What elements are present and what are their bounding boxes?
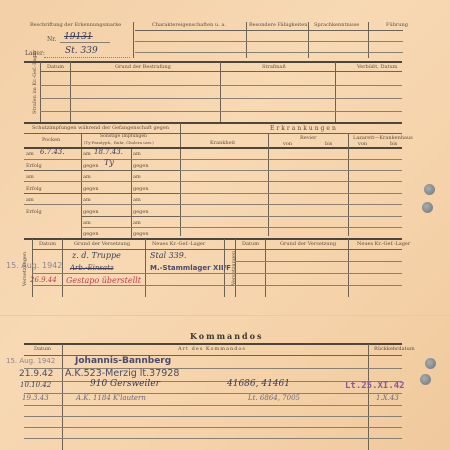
punch-hole-3	[425, 358, 436, 369]
transfer-2-reason: Gestapo überstellt	[66, 276, 141, 285]
col-kommando-type: Art des Kommandos	[178, 346, 246, 352]
col-abilities: Besondere Fähigkeiten	[249, 22, 307, 28]
col-conduct: Führung	[386, 22, 408, 28]
col-other-vacc: Sonstige Impfungen	[100, 134, 147, 139]
kommando-1-type: A.K.523-Merzig lt.37928	[65, 368, 179, 379]
col-pocken: Pocken	[42, 137, 60, 143]
kommando-3-numbers: Lt. 6864, 7005	[248, 394, 300, 402]
kommando-1-return: Lt.25.XI.42	[345, 381, 405, 391]
lazarett-bis: bis	[390, 141, 397, 147]
vacc-r4-c3-label: am	[133, 197, 141, 203]
col-transfer-camp: Neues Kr.-Gef.-Lager	[152, 241, 205, 247]
vacc-r4-c2-label: am	[83, 197, 91, 203]
transfer-2-date: 26.9.44	[30, 276, 57, 284]
vacc-r2-c2-label: am	[83, 174, 91, 180]
transfer-0-camp: Stal 339.	[150, 251, 186, 260]
kommando-3-date: 19.3.43	[22, 394, 49, 402]
punch-hole-4	[420, 374, 431, 385]
kommando-0-type: Johannis-Bannberg	[75, 356, 171, 366]
vacc-r1-c3-label: gegen	[133, 163, 149, 169]
vacc-r3-c2-label: gegen	[83, 186, 99, 192]
col-transfer-date: Datum	[39, 241, 56, 247]
vacc-r1-c2-value: Ty	[104, 158, 114, 167]
transfer-0-date: 15. Aug. 1942	[6, 261, 62, 270]
vacc-r1-c1-label: Erfolg	[26, 163, 42, 169]
vacc-r3-c1-label: Erfolg	[26, 186, 42, 192]
punishments-side-label: Strafen im Kr.-Gef.-Lager	[32, 64, 38, 114]
col-languages: Sprachkenntnisse	[314, 22, 359, 28]
nr-value: 19131	[64, 32, 93, 42]
revier-bis: bis	[325, 141, 332, 147]
nr-label: Nr.	[47, 36, 56, 43]
revier-von: von	[283, 141, 292, 147]
punch-hole-2	[422, 202, 433, 213]
vacc-r2-c3-label: am	[133, 174, 141, 180]
punch-hole-1	[424, 184, 435, 195]
kommando-0-date: 15. Aug. 1942	[6, 357, 55, 365]
col-transfer-date-2: Datum	[242, 241, 259, 247]
vacc-r5-c1-label: Erfolg	[26, 209, 42, 215]
vacc-r7-c3-label: gegen	[133, 231, 149, 237]
vacc-r1-c2-label: gegen	[83, 163, 99, 169]
kommando-1-date: 21.9.42	[19, 369, 53, 379]
vacc-r0-c3-label: am	[133, 151, 141, 157]
transfer-1-reason: Arb.-Einsatz	[70, 264, 114, 272]
vacc-r0-c1-label: am	[26, 151, 34, 157]
vacc-r4-c1-label: am	[26, 197, 34, 203]
col-transfer-reason: Grund der Versetzung	[74, 241, 130, 247]
vacc-r5-c3-label: gegen	[133, 209, 149, 215]
id-tag-label: Beschriftung der Erkennungsmarke	[30, 22, 121, 28]
illness-title: Erkrankungen	[270, 125, 338, 132]
kommando-1-numbers: 41686, 41461	[227, 379, 290, 389]
kommandos-title: Kommandos	[190, 331, 263, 341]
kommando-3-type: A.K. 1184 K'lautern	[76, 394, 146, 402]
transfer-1-camp: M.-Stammlager XII/F	[150, 264, 231, 272]
lager-value: St. 339	[65, 46, 98, 56]
fold-line	[0, 315, 450, 316]
kommando-2-date: 10.10.42	[20, 381, 51, 389]
col-kommando-return: Rückkehrdatum	[374, 346, 415, 352]
col-transfer-camp-2: Neues Kr.-Gef.-Lager	[357, 241, 410, 247]
vacc-r6-c2-label: am	[83, 220, 91, 226]
kommando-2-type: 910 Gersweiler	[90, 379, 160, 389]
vacc-r5-c2-label: gegen	[83, 209, 99, 215]
kommando-3-return: 1.X.43	[376, 394, 399, 402]
col-kommando-date: Datum	[34, 346, 51, 352]
vacc-r2-c1-label: am	[26, 174, 34, 180]
col-illness: Krankheit	[210, 140, 235, 146]
transfer-0-reason: z. d. Truppe	[72, 251, 121, 260]
vacc-r6-c3-label: am	[133, 220, 141, 226]
col-character: Charaktereigenschaften u. a.	[152, 22, 226, 28]
col-punish-measure: Strafmaß	[262, 64, 286, 70]
col-punish-reason: Grund der Bestrafung	[115, 64, 171, 70]
vacc-title: Schutzimpfungen während der Gefangenscha…	[32, 125, 169, 131]
vacc-r7-c2-label: gegen	[83, 231, 99, 237]
vacc-r0-c2-label: am	[83, 151, 91, 157]
col-punish-date: Datum	[47, 64, 64, 70]
col-revier: Revier	[300, 135, 317, 141]
vacc-r3-c3-label: gegen	[133, 186, 149, 192]
col-transfer-reason-2: Grund der Versetzung	[280, 241, 336, 247]
lazarett-von: von	[358, 141, 367, 147]
transfers-side-label-right: Versetzungen	[231, 246, 237, 290]
col-other-vacc-sub: (Ty-Paratyph., Ruhr, Cholera usw.)	[84, 140, 154, 145]
vacc-r0-c1-value: 6.7.43.	[40, 148, 65, 156]
vacc-r0-c2-value: 18.7.43.	[94, 148, 123, 156]
col-punish-served: Verbüßt, Datum	[357, 64, 397, 70]
